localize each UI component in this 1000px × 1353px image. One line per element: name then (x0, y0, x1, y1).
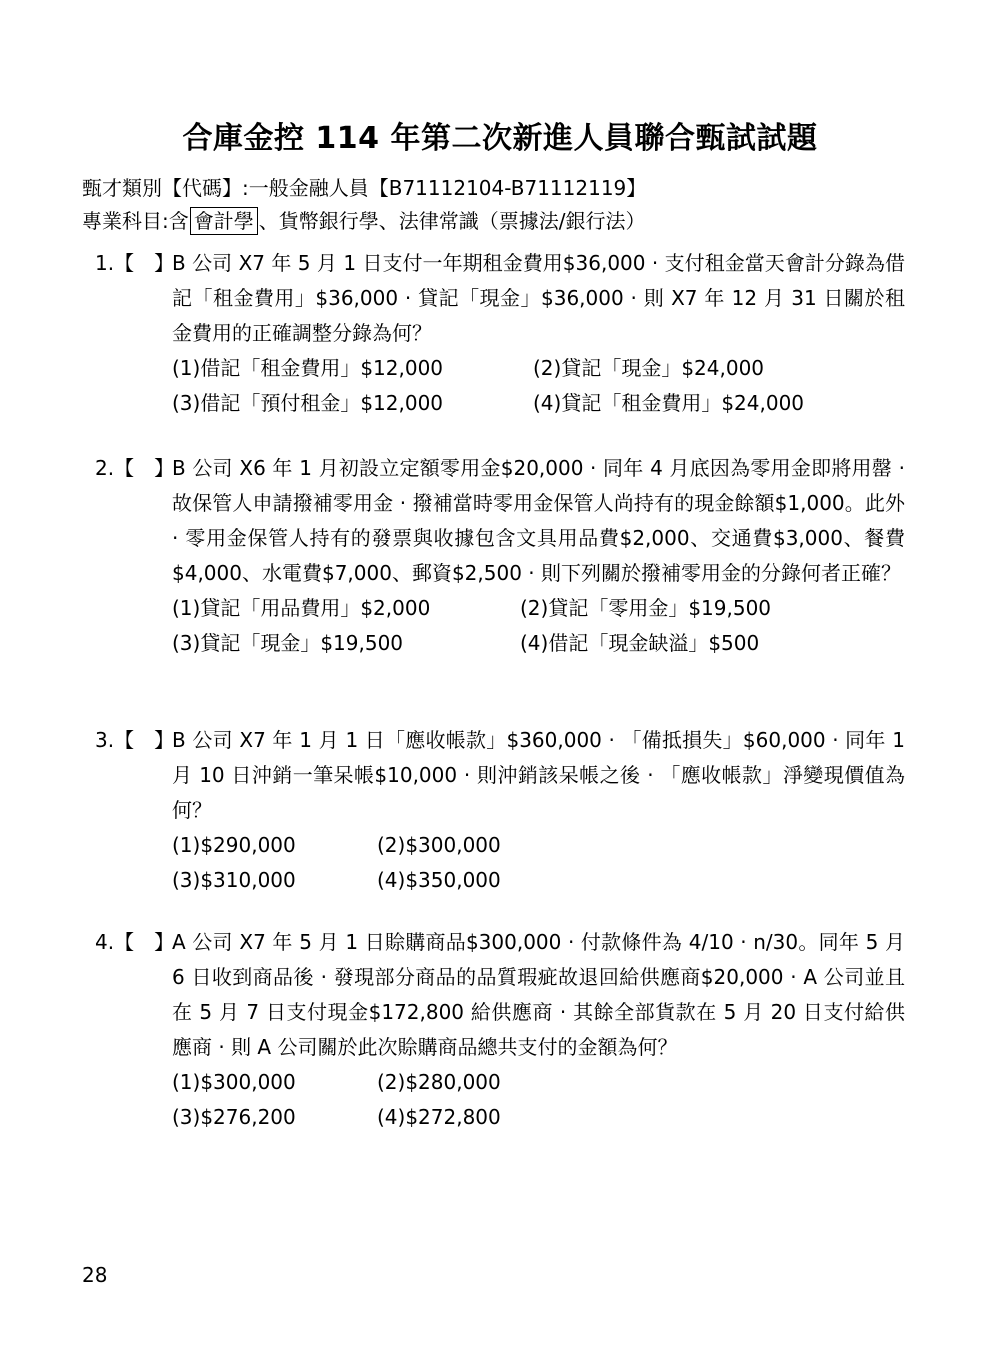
question-4-option-1: (1)$300,000 (172, 1065, 377, 1100)
question-3-body: B 公司 X7 年 1 月 1 日「應收帳款」$360,000 · 「備抵損失」… (172, 723, 905, 828)
question-2-option-2: (2)貸記「零用金」$19,500 (520, 591, 905, 626)
header-meta: 甄才類別【代碼】:一般金融人員【B71112104-B71112119】 專業科… (82, 172, 905, 238)
question-3-marker: 3.【 】 (95, 723, 174, 758)
subject-boxed: 會計學 (190, 207, 258, 235)
question-4-option-2: (2)$280,000 (377, 1065, 905, 1100)
question-2-options: (1)貸記「用品費用」$2,000 (2)貸記「零用金」$19,500 (3)貸… (172, 591, 905, 661)
category-line: 甄才類別【代碼】:一般金融人員【B71112104-B71112119】 (82, 172, 905, 205)
question-2-answer-brackets: 【 】 (114, 456, 174, 480)
question-1: 1.【 】 B 公司 X7 年 5 月 1 日支付一年期租金費用$36,000 … (82, 246, 905, 421)
question-2-option-4: (4)借記「現金缺溢」$500 (520, 626, 905, 661)
question-1-option-4: (4)貸記「租金費用」$24,000 (533, 386, 905, 421)
question-1-number: 1. (95, 251, 114, 275)
question-2-option-3: (3)貸記「現金」$19,500 (172, 626, 520, 661)
question-4-number: 4. (95, 930, 114, 954)
question-4-option-3: (3)$276,200 (172, 1100, 377, 1135)
question-3-number: 3. (95, 728, 114, 752)
page-number: 28 (82, 1262, 107, 1288)
question-4-answer-brackets: 【 】 (114, 930, 174, 954)
question-1-options: (1)借記「租金費用」$12,000 (2)貸記「現金」$24,000 (3)借… (172, 351, 905, 421)
question-3: 3.【 】 B 公司 X7 年 1 月 1 日「應收帳款」$360,000 · … (82, 723, 905, 898)
question-2-body: B 公司 X6 年 1 月初設立定額零用金$20,000 · 同年 4 月底因為… (172, 451, 905, 591)
exam-page: 合庫金控 114 年第二次新進人員聯合甄試試題 甄才類別【代碼】:一般金融人員【… (0, 0, 1000, 1353)
question-3-option-1: (1)$290,000 (172, 828, 377, 863)
page-title: 合庫金控 114 年第二次新進人員聯合甄試試題 (0, 0, 1000, 158)
question-4-body: A 公司 X7 年 5 月 1 日賒購商品$300,000 · 付款條件為 4/… (172, 925, 905, 1065)
question-1-option-1: (1)借記「租金費用」$12,000 (172, 351, 533, 386)
question-1-answer-brackets: 【 】 (114, 251, 174, 275)
question-4-option-4: (4)$272,800 (377, 1100, 905, 1135)
question-3-option-2: (2)$300,000 (377, 828, 905, 863)
question-3-option-3: (3)$310,000 (172, 863, 377, 898)
question-1-option-3: (3)借記「預付租金」$12,000 (172, 386, 533, 421)
subject-line: 專業科目:含會計學、貨幣銀行學、法律常識（票據法/銀行法） (82, 205, 905, 238)
question-2-option-1: (1)貸記「用品費用」$2,000 (172, 591, 520, 626)
question-2-marker: 2.【 】 (95, 451, 174, 486)
question-1-marker: 1.【 】 (95, 246, 174, 281)
question-3-option-4: (4)$350,000 (377, 863, 905, 898)
question-4: 4.【 】 A 公司 X7 年 5 月 1 日賒購商品$300,000 · 付款… (82, 925, 905, 1135)
question-4-marker: 4.【 】 (95, 925, 174, 960)
question-2: 2.【 】 B 公司 X6 年 1 月初設立定額零用金$20,000 · 同年 … (82, 451, 905, 661)
question-3-options: (1)$290,000 (2)$300,000 (3)$310,000 (4)$… (172, 828, 905, 898)
question-1-option-2: (2)貸記「現金」$24,000 (533, 351, 905, 386)
question-4-options: (1)$300,000 (2)$280,000 (3)$276,200 (4)$… (172, 1065, 905, 1135)
subject-prefix: 專業科目:含 (82, 209, 189, 233)
question-3-answer-brackets: 【 】 (114, 728, 174, 752)
question-2-number: 2. (95, 456, 114, 480)
question-1-body: B 公司 X7 年 5 月 1 日支付一年期租金費用$36,000 · 支付租金… (172, 246, 905, 351)
subject-suffix: 、貨幣銀行學、法律常識（票據法/銀行法） (259, 209, 646, 233)
